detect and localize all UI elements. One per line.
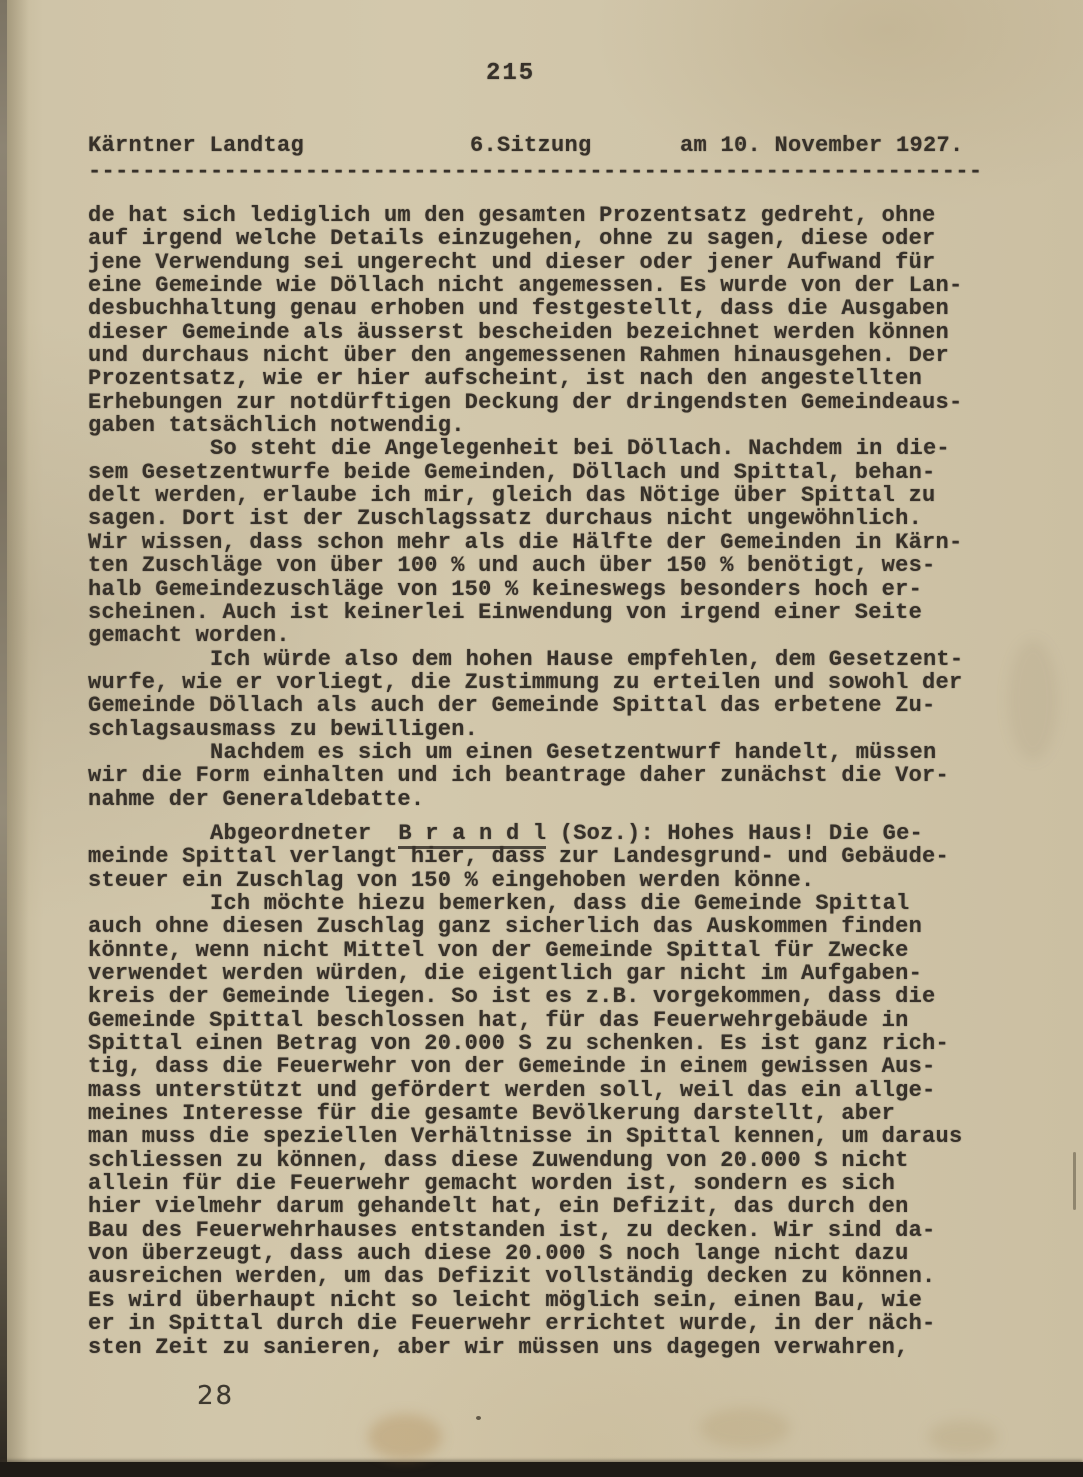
paper-speck bbox=[1073, 1152, 1076, 1210]
text-line: kreis der Gemeinde liegen. So ist es z.B… bbox=[88, 985, 998, 1008]
text-line: von überzeugt, dass auch diese 20.000 S … bbox=[88, 1242, 998, 1265]
text-line: könnte, wenn nicht Mittel von der Gemein… bbox=[88, 939, 998, 962]
text-line: nahme der Generaldebatte. bbox=[88, 788, 998, 811]
text-line: dieser Gemeinde als äusserst bescheiden … bbox=[88, 321, 998, 344]
text-line: sem Gesetzentwurfe beide Gemeinden, Döll… bbox=[88, 461, 998, 484]
text-line: steuer ein Zuschlag von 150 % eingehoben… bbox=[88, 869, 998, 892]
scan-edge-bottom bbox=[0, 1462, 1083, 1477]
text-line: sten Zeit zu sanieren, aber wir müssen u… bbox=[88, 1336, 998, 1359]
page-number-bottom: 28 bbox=[197, 1381, 234, 1411]
text-line: er in Spittal durch die Feuerwehr errich… bbox=[88, 1312, 998, 1335]
paragraph: Abgeordneter B r a n d l (Soz.): Hohes H… bbox=[88, 822, 998, 892]
text-line: Spittal einen Betrag von 20.000 S zu sch… bbox=[88, 1032, 998, 1055]
text-line: delt werden, erlaube ich mir, gleich das… bbox=[88, 484, 998, 507]
text-line: eine Gemeinde wie Döllach nicht angemess… bbox=[88, 274, 998, 297]
text-line: Ich möchte hiezu bemerken, dass die Geme… bbox=[88, 892, 998, 915]
text-segment: (Soz.): Hohes Haus! Die Ge- bbox=[546, 821, 923, 846]
paragraph: de hat sich lediglich um den gesamten Pr… bbox=[88, 204, 998, 437]
text-line: Nachdem es sich um einen Gesetzentwurf h… bbox=[88, 741, 998, 764]
text-line: Ich würde also dem hohen Hause empfehlen… bbox=[88, 648, 998, 671]
text-line: gemacht worden. bbox=[88, 624, 998, 647]
text-line: Wir wissen, dass schon mehr als die Hälf… bbox=[88, 531, 998, 554]
text-line: desbuchhaltung genau erhoben und festges… bbox=[88, 297, 998, 320]
text-line: de hat sich lediglich um den gesamten Pr… bbox=[88, 204, 998, 227]
paragraph: Ich möchte hiezu bemerken, dass die Geme… bbox=[88, 892, 998, 1359]
text-line: jene Verwendung sei ungerecht und dieser… bbox=[88, 251, 998, 274]
text-line: hier vielmehr darum gehandelt hat, ein D… bbox=[88, 1195, 998, 1218]
text-line: gaben tatsächlich notwendig. bbox=[88, 414, 998, 437]
document-page: 215 Kärntner Landtag 6.Sitzung am 10. No… bbox=[0, 0, 1083, 1477]
text-line: Es wird überhaupt nicht so leicht möglic… bbox=[88, 1289, 998, 1312]
text-line: ausreichen werden, um das Defizit vollst… bbox=[88, 1265, 998, 1288]
text-line: Gemeinde Spittal beschlossen hat, für da… bbox=[88, 1009, 998, 1032]
paper-speck bbox=[476, 1416, 481, 1420]
paragraph: Nachdem es sich um einen Gesetzentwurf h… bbox=[88, 741, 998, 811]
text-line: Prozentsatz, wie er hier aufscheint, ist… bbox=[88, 367, 998, 390]
paper-stain bbox=[928, 1420, 998, 1454]
text-line: tig, dass die Feuerwehr von der Gemeinde… bbox=[88, 1055, 998, 1078]
text-line: Gemeinde Döllach als auch der Gemeinde S… bbox=[88, 694, 998, 717]
body-text: de hat sich lediglich um den gesamten Pr… bbox=[88, 204, 998, 1359]
paper-stain bbox=[368, 1414, 442, 1460]
page-number-top: 215 bbox=[486, 60, 535, 87]
text-line: allein für die Feuerwehr gemacht worden … bbox=[88, 1172, 998, 1195]
paragraph: Ich würde also dem hohen Hause empfehlen… bbox=[88, 648, 998, 741]
text-line: wir die Form einhalten und ich beantrage… bbox=[88, 764, 998, 787]
header-divider-line: ----------------------------------------… bbox=[88, 159, 988, 184]
text-line: So steht die Angelegenheit bei Döllach. … bbox=[88, 437, 998, 460]
text-line: man muss die speziellen Verhältnisse in … bbox=[88, 1125, 998, 1148]
paper-stain bbox=[1008, 640, 1058, 760]
text-line: meines Interesse für die gesamte Bevölke… bbox=[88, 1102, 998, 1125]
text-line: mass unterstützt und gefördert werden so… bbox=[88, 1079, 998, 1102]
text-segment: Abgeordneter bbox=[210, 821, 398, 846]
paper-stain bbox=[700, 1408, 790, 1448]
text-line: meinde Spittal verlangt hier, dass zur L… bbox=[88, 845, 998, 868]
text-line: Bau des Feuerwehrhauses entstanden ist, … bbox=[88, 1219, 998, 1242]
text-line: Abgeordneter B r a n d l (Soz.): Hohes H… bbox=[88, 822, 998, 845]
paragraph: So steht die Angelegenheit bei Döllach. … bbox=[88, 437, 998, 647]
header-institution: Kärntner Landtag bbox=[88, 133, 304, 158]
text-line: auf irgend welche Details einzugehen, oh… bbox=[88, 227, 998, 250]
binding-edge bbox=[0, 0, 7, 1477]
text-line: und durchaus nicht über den angemessenen… bbox=[88, 344, 998, 367]
text-line: schlagsausmass zu bewilligen. bbox=[88, 718, 998, 741]
text-line: scheinen. Auch ist keinerlei Einwendung … bbox=[88, 601, 998, 624]
header-session-number: 6.Sitzung bbox=[470, 133, 592, 158]
text-line: Erhebungen zur notdürftigen Deckung der … bbox=[88, 391, 998, 414]
text-line: sagen. Dort ist der Zuschlagssatz durcha… bbox=[88, 507, 998, 530]
text-line: halb Gemeindezuschläge von 150 % keinesw… bbox=[88, 578, 998, 601]
binding-edge-shadow bbox=[7, 0, 29, 1477]
header-session-date: am 10. November 1927. bbox=[680, 133, 964, 158]
text-line: auch ohne diesen Zuschlag ganz sicherlic… bbox=[88, 915, 998, 938]
text-line: schliessen zu können, dass diese Zuwendu… bbox=[88, 1149, 998, 1172]
text-line: verwendet werden würden, die eigentlich … bbox=[88, 962, 998, 985]
text-line: wurfe, wie er vorliegt, die Zustimmung z… bbox=[88, 671, 998, 694]
text-line: ten Zuschläge von über 100 % und auch üb… bbox=[88, 554, 998, 577]
